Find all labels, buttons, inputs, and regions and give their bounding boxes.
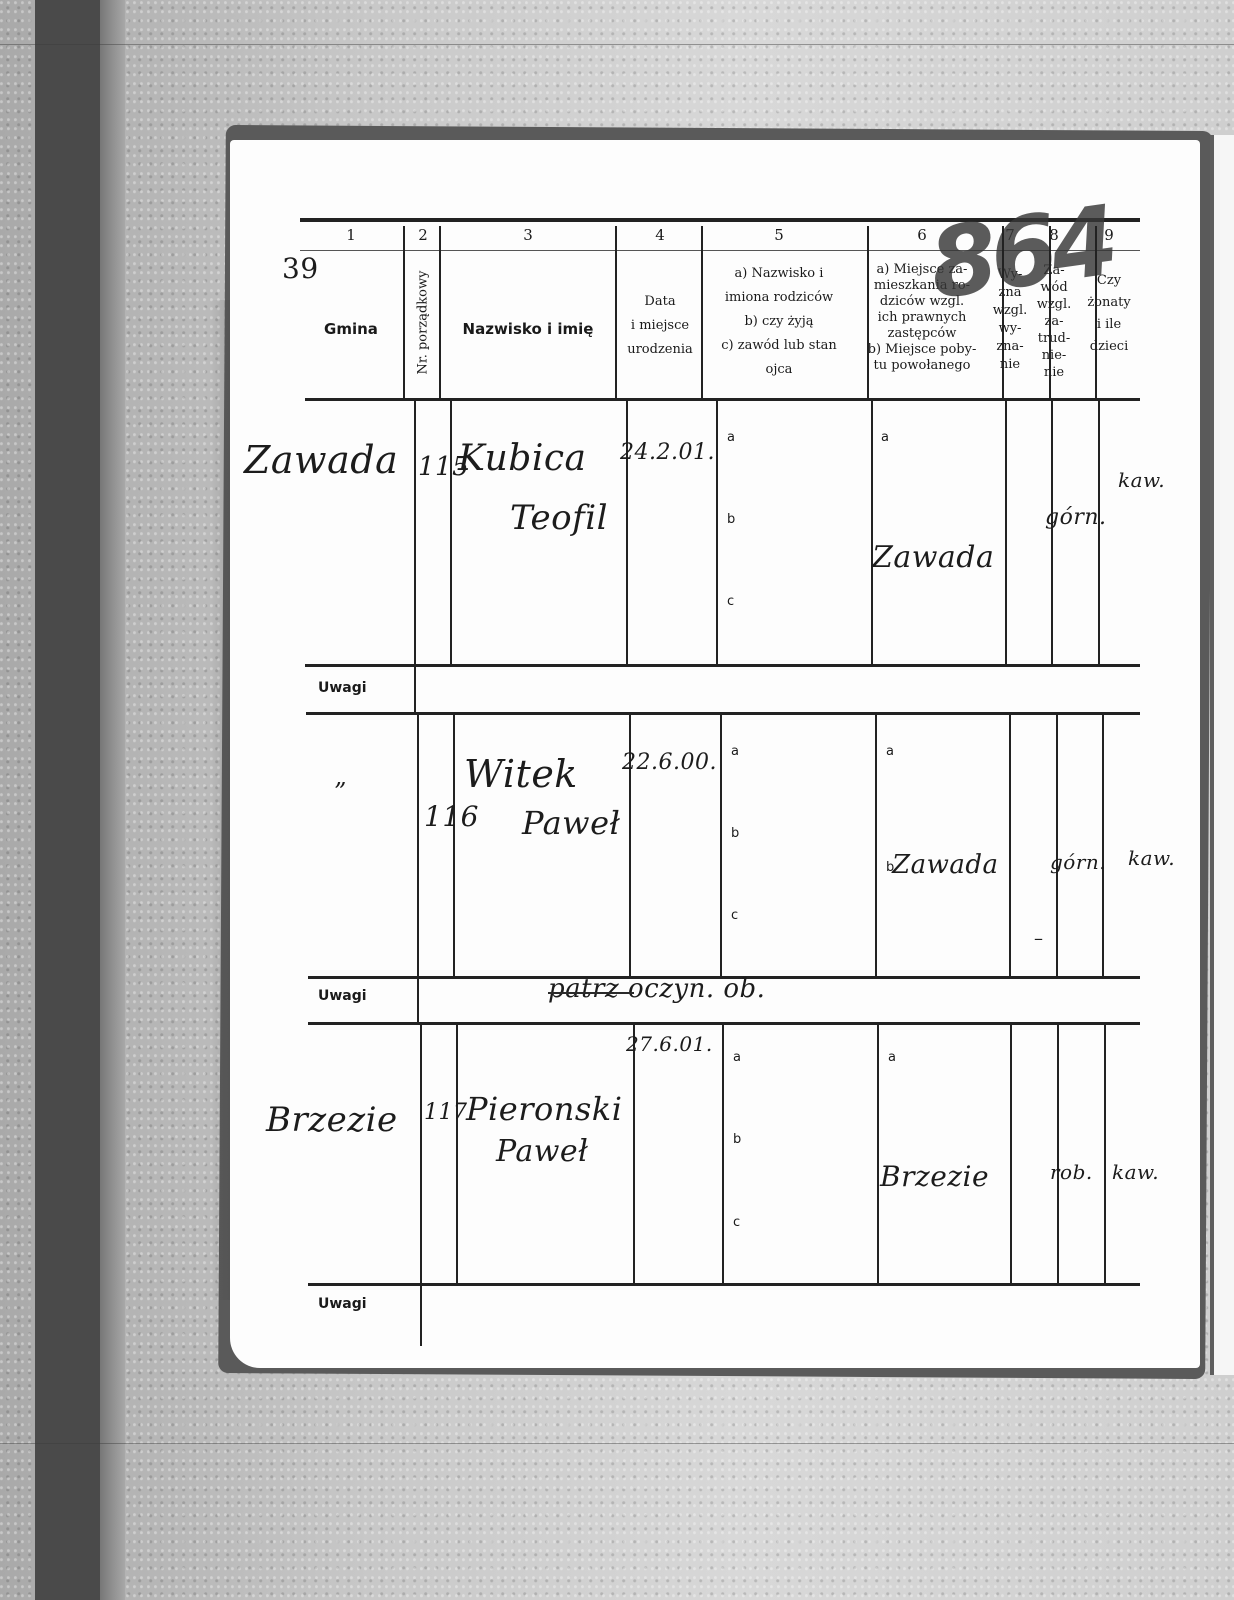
entry-surname: Witek: [464, 752, 578, 796]
column-divider: [417, 979, 419, 1024]
entry-residence: Zawada: [892, 850, 998, 880]
column-divider: [1049, 226, 1051, 398]
column-divider: [417, 715, 419, 977]
entry-married: kaw.: [1118, 468, 1165, 492]
parents-sub-b: b: [733, 1132, 741, 1147]
header-nazwisko-i-imie: Nazwisko i imię: [442, 320, 614, 338]
column-divider: [1095, 226, 1097, 398]
column-number-1: 1: [300, 226, 402, 246]
remarks-text: patrz oczyn. ob.: [548, 974, 765, 1004]
header-data-urodzenia: Data i miejsce urodzenia: [618, 290, 702, 362]
entry-first-name: Paweł: [522, 804, 620, 842]
column-number-5: 5: [704, 226, 854, 246]
header-bottom-rule: [305, 398, 1140, 401]
column-divider: [403, 226, 405, 398]
row-rule: [305, 664, 1140, 667]
column-number-3: 3: [442, 226, 614, 246]
entry-nr: 117: [424, 1100, 468, 1125]
remarks-label: Uwagi: [318, 988, 367, 1004]
entry-gmina-ditto: ”: [334, 778, 347, 806]
entry-surname: Kubica: [458, 438, 586, 479]
column-divider: [420, 1025, 422, 1283]
column-divider: [1009, 715, 1011, 977]
entry-birth-date: 27.6.01.: [626, 1032, 713, 1056]
entry-religion: –: [1034, 928, 1044, 949]
row-rule: [306, 712, 1140, 715]
entry-residence: Brzezie: [880, 1160, 989, 1193]
column-divider: [1104, 1025, 1106, 1283]
archive-stamp-number: 864: [923, 190, 1087, 320]
film-strip-edge: [100, 0, 125, 1600]
entry-residence: Zawada: [872, 540, 994, 575]
column-divider: [414, 667, 416, 712]
column-divider: [867, 226, 869, 398]
column-divider: [720, 715, 722, 977]
remarks-label: Uwagi: [318, 680, 367, 696]
parents-sub-a: a: [727, 430, 735, 445]
entry-surname: Pieronski: [466, 1090, 622, 1128]
parents-sub-a: a: [731, 744, 739, 759]
parents-sub-c: c: [731, 908, 738, 923]
entry-gmina: Brzezie: [266, 1100, 398, 1140]
entry-occupation: górn.: [1045, 505, 1107, 530]
parents-sub-b: b: [731, 826, 739, 841]
row-rule: [308, 1283, 1140, 1286]
column-divider: [1098, 400, 1100, 665]
entry-occupation: rob.: [1050, 1160, 1093, 1184]
column-divider: [1010, 1025, 1012, 1283]
column-number-2: 2: [406, 226, 440, 246]
entry-birth-date: 22.6.00.: [622, 750, 717, 775]
film-strip-border: [35, 0, 100, 1600]
column-divider: [450, 400, 452, 665]
parents-sub-c: c: [727, 594, 734, 609]
column-divider: [716, 400, 718, 665]
column-divider: [877, 1025, 879, 1283]
remarks-label: Uwagi: [318, 1296, 367, 1312]
column-divider: [414, 400, 416, 665]
column-divider: [1102, 715, 1104, 977]
residence-sub-a: a: [881, 430, 889, 445]
header-nr-porzadkowy: Nr. porządkowy: [408, 250, 438, 395]
residence-sub-a: a: [888, 1050, 896, 1065]
entry-gmina: Zawada: [244, 438, 398, 482]
scan-line: [0, 44, 1234, 45]
next-page-edge: [1210, 135, 1234, 1375]
residence-sub-a: a: [886, 744, 894, 759]
entry-first-name: Teofil: [510, 498, 608, 538]
column-divider: [1051, 400, 1053, 665]
column-divider: [722, 1025, 724, 1283]
entry-married: kaw.: [1128, 846, 1175, 870]
column-divider: [1005, 400, 1007, 665]
column-divider: [875, 715, 877, 977]
parents-sub-b: b: [727, 512, 735, 527]
column-divider: [453, 715, 455, 977]
parents-sub-c: c: [733, 1215, 740, 1230]
column-divider: [615, 226, 617, 398]
column-divider: [456, 1025, 458, 1283]
entry-nr: 116: [424, 800, 479, 833]
column-divider: [871, 400, 873, 665]
entry-birth-date: 24.2.01.: [620, 440, 715, 465]
entry-first-name: Paweł: [496, 1134, 588, 1169]
remarks-underline: [548, 992, 634, 994]
column-divider: [1057, 1025, 1059, 1283]
entry-married: kaw.: [1112, 1160, 1159, 1184]
header-gmina: Gmina: [300, 320, 402, 338]
page-number-handwritten: 39: [282, 252, 319, 285]
entry-occupation: górn.: [1050, 850, 1106, 874]
column-divider: [1056, 715, 1058, 977]
column-divider: [701, 226, 703, 398]
column-divider: [1002, 226, 1004, 398]
parents-sub-a: a: [733, 1050, 741, 1065]
row-rule: [308, 1022, 1140, 1025]
column-divider: [633, 1025, 635, 1283]
column-number-4: 4: [618, 226, 702, 246]
header-rodzice: a) Nazwisko i imiona rodziców b) czy żyj…: [704, 262, 854, 382]
column-divider: [420, 1286, 422, 1346]
column-divider: [439, 226, 441, 398]
scan-line: [0, 1443, 1234, 1444]
